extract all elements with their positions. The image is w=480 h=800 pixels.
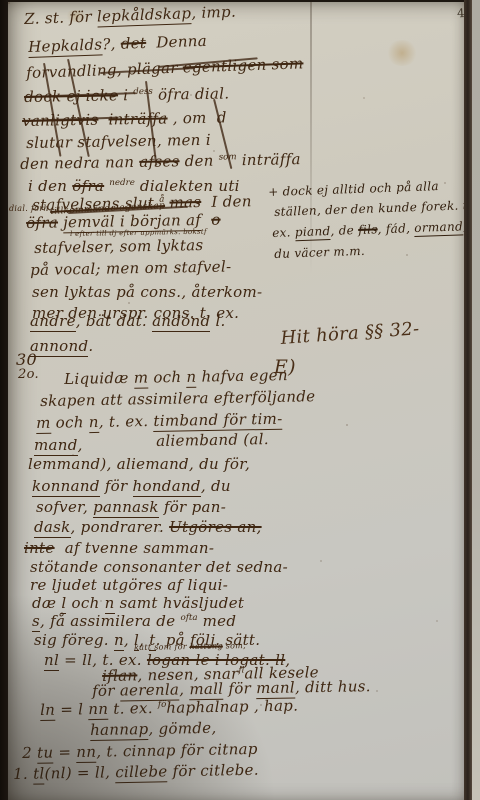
underlined-text: mand <box>34 436 78 456</box>
underlined-text: konnand <box>32 477 100 497</box>
manuscript-line: Hepkalds?, det Denna <box>28 34 207 55</box>
underlined-text: Hepkalds <box>28 35 103 58</box>
handwritten-text: i den <box>28 177 72 195</box>
manuscript-line: dæ l och n samt hväsljudet <box>32 596 244 611</box>
handwritten-text: Hit höra §§ 32- <box>280 318 420 349</box>
handwritten-text: på vocal; men om stafvel- <box>30 257 232 279</box>
underlined-text: andre <box>30 312 76 332</box>
handwritten-text: l. <box>210 312 225 330</box>
handwritten-text: ex. <box>272 225 295 240</box>
struck-text: inträffa <box>108 109 167 128</box>
manuscript-line: den nedra nan afses den som inträffa <box>20 152 301 172</box>
handwritten-text: skapen att assimilera efterföljande <box>40 387 316 410</box>
manuscript-line: + dock ej alltid och på alla <box>268 180 439 198</box>
handwritten-text: Z. st. för <box>24 7 97 28</box>
manuscript-line: aliemband (al. <box>156 432 269 449</box>
handwritten-text: Liquidæ <box>64 369 134 388</box>
handwritten-text: och <box>50 413 88 432</box>
underlined-text: ormand <box>414 219 463 237</box>
struck-text: mas <box>169 193 201 212</box>
handwritten-text: re ljudet utgöres af liqui- <box>30 576 228 594</box>
handwritten-text: , t. ex. <box>99 412 154 431</box>
handwritten-text: med <box>198 612 237 630</box>
handwritten-text: , gömde, <box>148 719 216 738</box>
manuscript-line: på vocal; men om stafvel- <box>30 259 232 278</box>
handwritten-text: , ditt hus. <box>295 677 371 696</box>
handwritten-text: , pondrarer. <box>71 518 170 536</box>
struck-text: öfra <box>26 213 58 232</box>
handwritten-text: , <box>124 631 134 649</box>
handwritten-text: stötande consonanter det sedna- <box>30 558 288 576</box>
handwritten-text: för <box>223 679 256 698</box>
handwritten-text: stafvelser, som lyktas <box>34 236 204 257</box>
underlined-text: n <box>89 413 99 433</box>
manuscript-line: dial. forh. <box>9 205 52 213</box>
handwritten-text: för <box>100 477 133 495</box>
manuscript-line: 1. tl(nl) = ll, cillebe för citlebe. <box>13 763 259 782</box>
handwritten-text: för pan- <box>159 498 226 516</box>
manuscript-line: s, få assimilera de ofta med <box>32 614 236 629</box>
handwritten-text: , <box>179 680 189 698</box>
handwritten-text: sofver, <box>36 498 93 516</box>
underlined-text: m <box>134 369 149 389</box>
manuscript-line: dask, pondrarer. Utgöres an, <box>34 520 262 535</box>
underlined-text: dask <box>34 518 71 538</box>
underlined-text: hondand <box>133 477 201 497</box>
handwritten-text: slutar stafvelsen, men i <box>26 131 211 152</box>
handwritten-text: dæ <box>32 594 61 612</box>
underlined-text: n <box>105 594 115 614</box>
manuscript-line: stötande consonanter det sedna- <box>30 560 288 575</box>
manuscript-line: ln = l nn t. ex. föhaphalnap , hap. <box>40 698 298 718</box>
underlined-text: annond <box>30 337 88 357</box>
manuscript-line: sen lyktas på cons., återkom- <box>32 285 262 300</box>
handwritten-text: ofta <box>180 613 197 623</box>
photo-frame: 43 Z. st. för lepkåldskap, imp.Hepkalds?… <box>0 0 480 800</box>
handwritten-text: t. ex. <box>108 699 158 718</box>
struck-text: o <box>211 211 221 229</box>
underlined-text: cillebe <box>115 762 168 783</box>
handwritten-text: i <box>118 86 134 104</box>
handwritten-text: I den <box>201 192 252 211</box>
handwritten-text: , få assimilera de <box>40 612 180 630</box>
underlined-text: tl <box>33 764 45 784</box>
handwritten-text: som, <box>223 641 246 650</box>
handwritten-text: , t. cinnap för citnap <box>96 740 258 761</box>
underlined-text: m <box>36 414 51 434</box>
next-page-edge <box>472 0 480 800</box>
handwritten-text: , du <box>201 477 231 495</box>
manuscript-line: konnand för hondand, du <box>32 479 231 494</box>
manuscript-line: 30 <box>16 352 37 368</box>
struck-text: det <box>120 34 146 53</box>
underlined-text: n <box>114 631 124 651</box>
manuscript-line: i den öfra nedre dialekten uti <box>28 179 240 194</box>
handwritten-text: . <box>88 337 93 355</box>
manuscript-line: lemmand), aliemand, du för, <box>28 457 250 472</box>
underlined-text: ln <box>40 701 55 721</box>
underlined-text: pannask <box>93 498 159 518</box>
manuscript-line: stafvelser, som lyktas <box>34 238 204 256</box>
handwritten-text: lemmand), aliemand, du för, <box>28 455 250 473</box>
manuscript-line: annond. <box>30 339 93 354</box>
handwritten-text: , <box>78 436 83 454</box>
handwritten-text: 2 <box>22 744 37 762</box>
manuscript-line: hannap, gömde, <box>90 721 217 738</box>
handwritten-text: ?, <box>102 35 121 54</box>
manuscript-line: inte af tvenne samman- <box>24 541 214 556</box>
manuscript-line: sofver, pannask för pan- <box>36 500 226 515</box>
handwritten-text: haphalnap , hap. <box>166 696 298 716</box>
handwritten-text: inträffa <box>237 150 301 169</box>
struck-text: Utgöres an, <box>169 518 262 536</box>
handwritten-text: Denna <box>146 32 207 52</box>
handwritten-text: och <box>66 594 104 612</box>
gutter-shadow <box>464 0 472 800</box>
struck-text: fils <box>358 222 378 237</box>
handwritten-text: för citlebe. <box>167 761 259 781</box>
handwritten-text: den nedra nan <box>20 153 139 173</box>
underlined-text: nn <box>88 700 108 720</box>
handwritten-text: sen lyktas på cons., återkom- <box>32 283 262 301</box>
manuscript-line: E) <box>274 358 296 377</box>
handwritten-text: öfra dial. <box>153 84 230 103</box>
handwritten-text: du väcer m.m. <box>274 244 365 261</box>
underlined-text: nn <box>76 743 96 763</box>
struck-text: afses <box>139 152 180 171</box>
manuscript-line: Liquidæ m och n hafva egen <box>64 368 288 387</box>
manuscript-line: andre, bät dat. andónd l. <box>30 314 226 329</box>
manuscript-line: ex. piand, de fils, fád, ormand, <box>272 220 467 239</box>
underlined-text: hannap <box>90 720 149 741</box>
handwritten-text: + dock ej alltid och på alla <box>268 179 439 199</box>
handwritten-text: sig föreg. <box>34 631 114 649</box>
handwritten-text: dial. forh. <box>9 204 52 213</box>
handwritten-text: ställen, der den kunde forek. t. <box>274 198 472 219</box>
handwritten-text: = l <box>55 700 88 719</box>
handwritten-text: af tvenne samman- <box>55 539 215 557</box>
underlined-text: s <box>32 612 40 632</box>
manuscript-line: slutar stafvelsen, men i <box>26 133 211 151</box>
handwritten-text <box>201 211 211 229</box>
manuscript-line: skapen att assimilera efterföljande <box>40 389 315 409</box>
manuscript-line: Hit höra §§ 32- <box>280 320 420 348</box>
handwriting-layer: Z. st. för lepkåldskap, imp.Hepkalds?, d… <box>8 2 464 800</box>
handwritten-text: samt hväsljudet <box>115 594 245 612</box>
handwritten-text: 1. <box>13 765 33 783</box>
manuscript-line: Z. st. för lepkåldskap, imp. <box>24 5 236 27</box>
handwritten-text: den <box>179 152 218 171</box>
underlined-text: piand <box>295 224 331 241</box>
handwritten-text: för <box>92 682 120 700</box>
handwritten-text: = <box>53 743 76 761</box>
manuscript-line: 2 tu = nn, t. cinnap för citnap <box>22 742 258 761</box>
struck-text: inte <box>24 539 55 557</box>
handwritten-text: , de <box>330 223 358 238</box>
handwritten-text: 2o. <box>18 367 39 382</box>
underlined-text: nl <box>44 651 59 671</box>
manuscript-paper: 43 Z. st. för lepkåldskap, imp.Hepkalds?… <box>8 2 464 800</box>
struck-text: katteng <box>190 641 223 651</box>
handwritten-text: , fád, <box>377 221 414 236</box>
manuscript-line: du väcer m.m. <box>274 245 365 260</box>
handwritten-text: dess <box>133 87 153 97</box>
handwritten-text: , imp. <box>191 3 236 23</box>
manuscript-line: för aerenla, mall för manl, ditt hus. <box>92 679 371 699</box>
manuscript-line: ställen, der den kunde forek. t. <box>274 199 472 218</box>
underlined-text: lepkåldskap <box>97 4 192 27</box>
underlined-text: tu <box>37 743 54 763</box>
manuscript-line: re ljudet utgöres af liqui- <box>30 578 228 593</box>
handwritten-text: aliemband (al. <box>156 430 269 450</box>
handwritten-text: (nl) = ll, <box>44 763 115 782</box>
manuscript-line: mand, <box>34 438 83 453</box>
handwritten-text: nedre <box>109 178 135 188</box>
handwritten-text: och <box>148 368 186 387</box>
handwritten-text: E) <box>274 356 296 378</box>
underlined-text: andónd <box>152 312 210 332</box>
underlined-text: timband för tim- <box>153 410 282 432</box>
handwritten-text: , bät dat. <box>76 312 152 330</box>
struck-text: öfra <box>72 177 104 195</box>
manuscript-line: m och n, t. ex. timband för tim- <box>36 412 283 431</box>
manuscript-line: 2o. <box>18 368 39 381</box>
